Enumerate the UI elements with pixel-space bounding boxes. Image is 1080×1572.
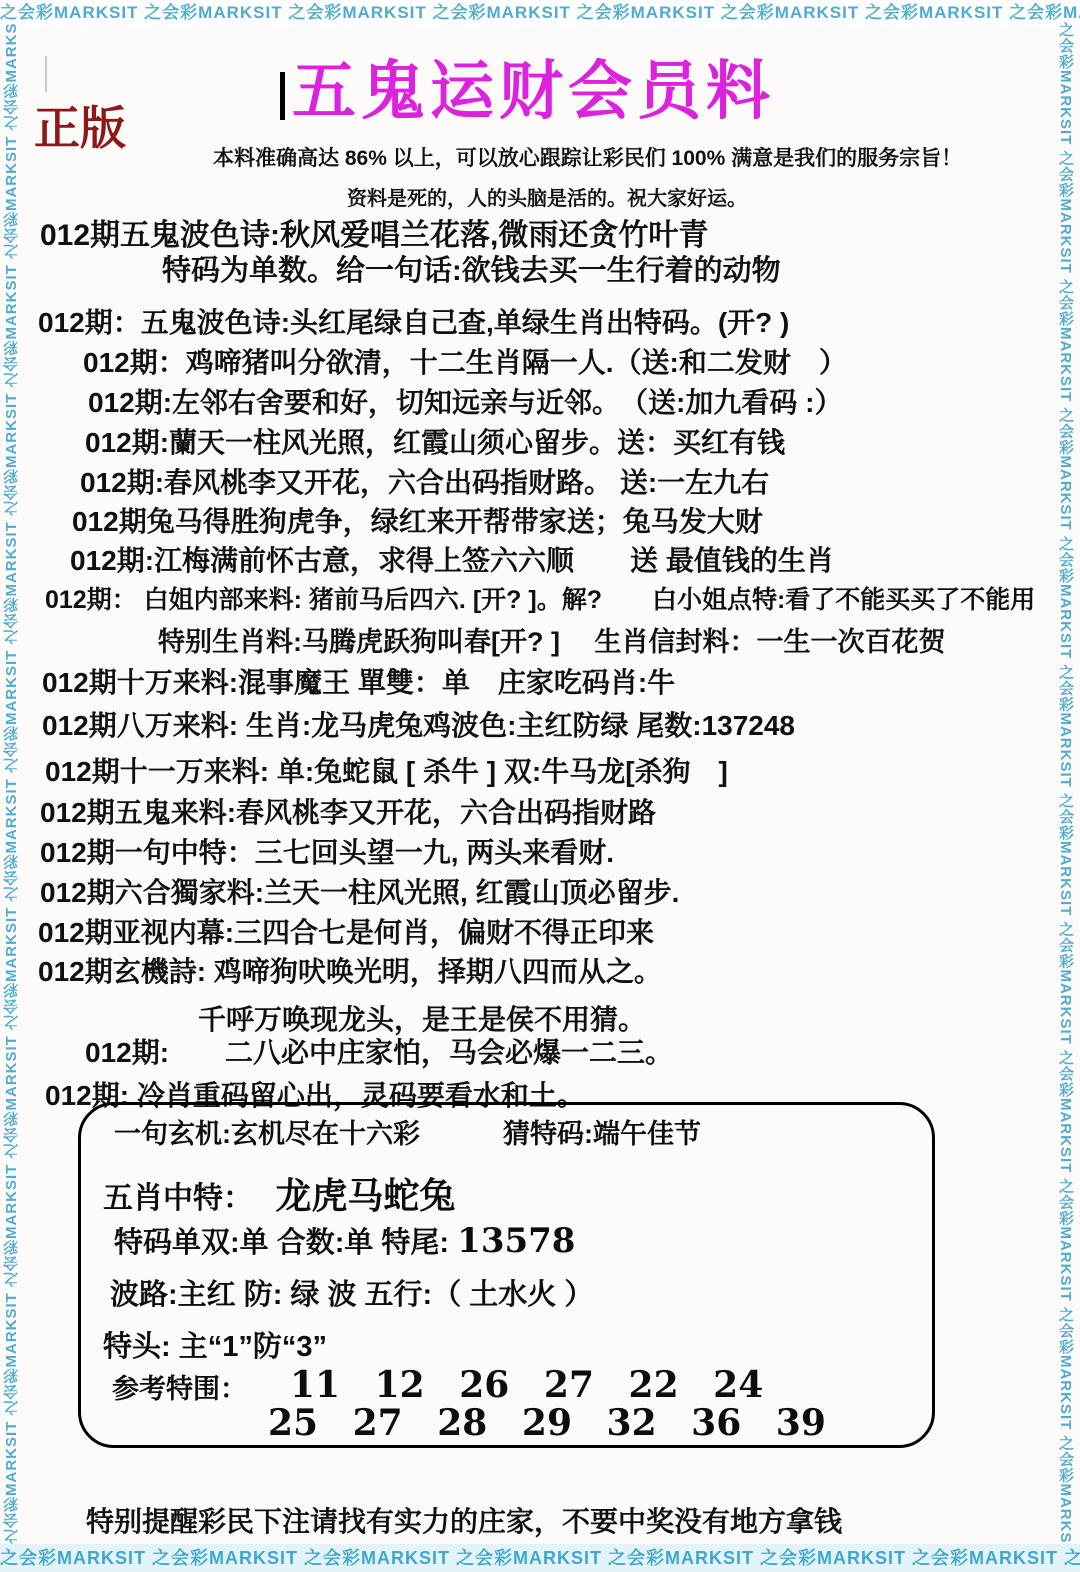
tip-line: 012期:春风桃李又开花，六合出码指财路。 送:一左九右 (80, 461, 769, 501)
tip-line: 012期兔马得胜狗虎争，绿红来开帮带家送；兔马发大财 (72, 500, 763, 540)
tip-line: 012期: 二八必中庄家怕，马会必爆一二三。 (85, 1031, 673, 1071)
tip-line: 012期玄機詩: 鸡啼狗吠唤光明，择期八四而从之。 (38, 950, 662, 990)
tagline: 资料是死的，人的头脑是活的。祝大家好运。 (347, 182, 747, 211)
tip-line: 012期六合獨家料:兰天一柱风光照, 红霞山顶必留步. (40, 871, 679, 911)
reference-numbers-row1: 11 12 26 27 22 24 (290, 1364, 763, 1406)
guess-special-code: 猜特码:端午佳节 (503, 1112, 701, 1151)
tip-line: 012期：鸡啼猪叫分欲清，十二生肖隔一人.（送:和二发财 ） (83, 341, 847, 381)
five-zodiac-row: 五肖中特： 龙虎马蛇兔 (103, 1168, 455, 1219)
tip-line: 012期亚视内幕:三四合七是何肖，偏财不得正印来 (38, 911, 654, 951)
tip-line: 012期五鬼来料:春风桃李又开花，六合出码指财路 (40, 791, 656, 831)
tip-line: 012期： 白姐内部来料: 猪前马后四六. [开? ]。解? 白小姐点特:看了不… (45, 580, 1035, 616)
tip-line: 012期一句中特：三七回头望一九, 两头来看财. (40, 831, 614, 871)
tail-digits: 13578 (457, 1221, 575, 1261)
tip-line: 012期：五鬼波色诗:头红尾绿自己查,单绿生肖出特码。(开? ) (38, 301, 789, 341)
reference-label: 参考特围： (112, 1367, 247, 1406)
reminder-text: 特别提醒彩民下注请找有实力的庄家，不要中奖没有地方拿钱 (86, 1500, 842, 1540)
five-zodiac-label: 五肖中特： (103, 1182, 253, 1215)
tip-line: 012期:左邻右舍要和好，切知远亲与近邻。 （送:加九看码 :） (88, 381, 842, 421)
tip-line: 012期:江梅满前怀古意，求得上签六六顺 送 最值钱的生肖 (70, 539, 834, 579)
page-title: 五鬼运财会员料 (292, 40, 775, 132)
accuracy-claim: 本料准确高达 86% 以上，可以放心跟踪让彩民们 100% 满意是我们的服务宗旨… (213, 142, 962, 172)
watermark-border-left: 之会彩MARKSIT 之会彩MARKSIT 之会彩MARKSIT 之会彩MARK… (0, 22, 24, 1544)
tip-line: 特码为单数。给一句话:欲钱去买一生行着的动物 (162, 248, 781, 289)
five-zodiac-value: 龙虎马蛇兔 (275, 1175, 455, 1216)
watermark-border-right: 之会彩MARKSIT 之会彩MARKSIT 之会彩MARKSIT 之会彩MARK… (1052, 22, 1078, 1544)
tip-line: 012期八万来料: 生肖:龙马虎兔鸡波色:主红防绿 尾数:137248 (42, 704, 795, 744)
tip-line: 012期十万来料:混事魔王 單雙：单 庄家吃码肖:牛 (42, 661, 675, 701)
reference-numbers-row2: 25 27 28 29 32 36 39 (268, 1402, 826, 1444)
watermark-border-bottom: 之会彩MARKSIT 之会彩MARKSIT 之会彩MARKSIT 之会彩MARK… (0, 1544, 1080, 1572)
parity-label: 特码单双:单 合数:单 特尾: (114, 1227, 449, 1259)
title-left-bar (280, 72, 285, 120)
lottery-tip-sheet: 之会彩MARKSIT 之会彩MARKSIT 之会彩MARKSIT 之会彩MARK… (0, 0, 1080, 1572)
tip-line: 012期十一万来料: 单:兔蛇鼠 [ 杀牛 ] 双:牛马龙[杀狗 ] (45, 750, 728, 790)
watermark-border-top: 之会彩MARKSIT 之会彩MARKSIT 之会彩MARKSIT 之会彩MARK… (0, 0, 1080, 27)
mystery-phrase: 一句玄机:玄机尽在十六彩 (114, 1112, 420, 1151)
tip-line: 特别生肖料:马腾虎跃狗叫春[开? ] 生肖信封料：一生一次百花贺 (158, 620, 945, 659)
stray-mark (45, 56, 47, 92)
wave-row: 波路:主红 防: 绿 波 五行:（ 土水火 ） (110, 1272, 593, 1313)
parity-row: 特码单双:单 合数:单 特尾: 13578 (114, 1220, 575, 1261)
edition-label: 正版 (34, 92, 126, 158)
tip-line: 012期:蘭天一柱风光照，红霞山须心留步。送：买红有钱 (85, 421, 785, 461)
head-row: 特头: 主“1”防“3” (103, 1324, 327, 1365)
